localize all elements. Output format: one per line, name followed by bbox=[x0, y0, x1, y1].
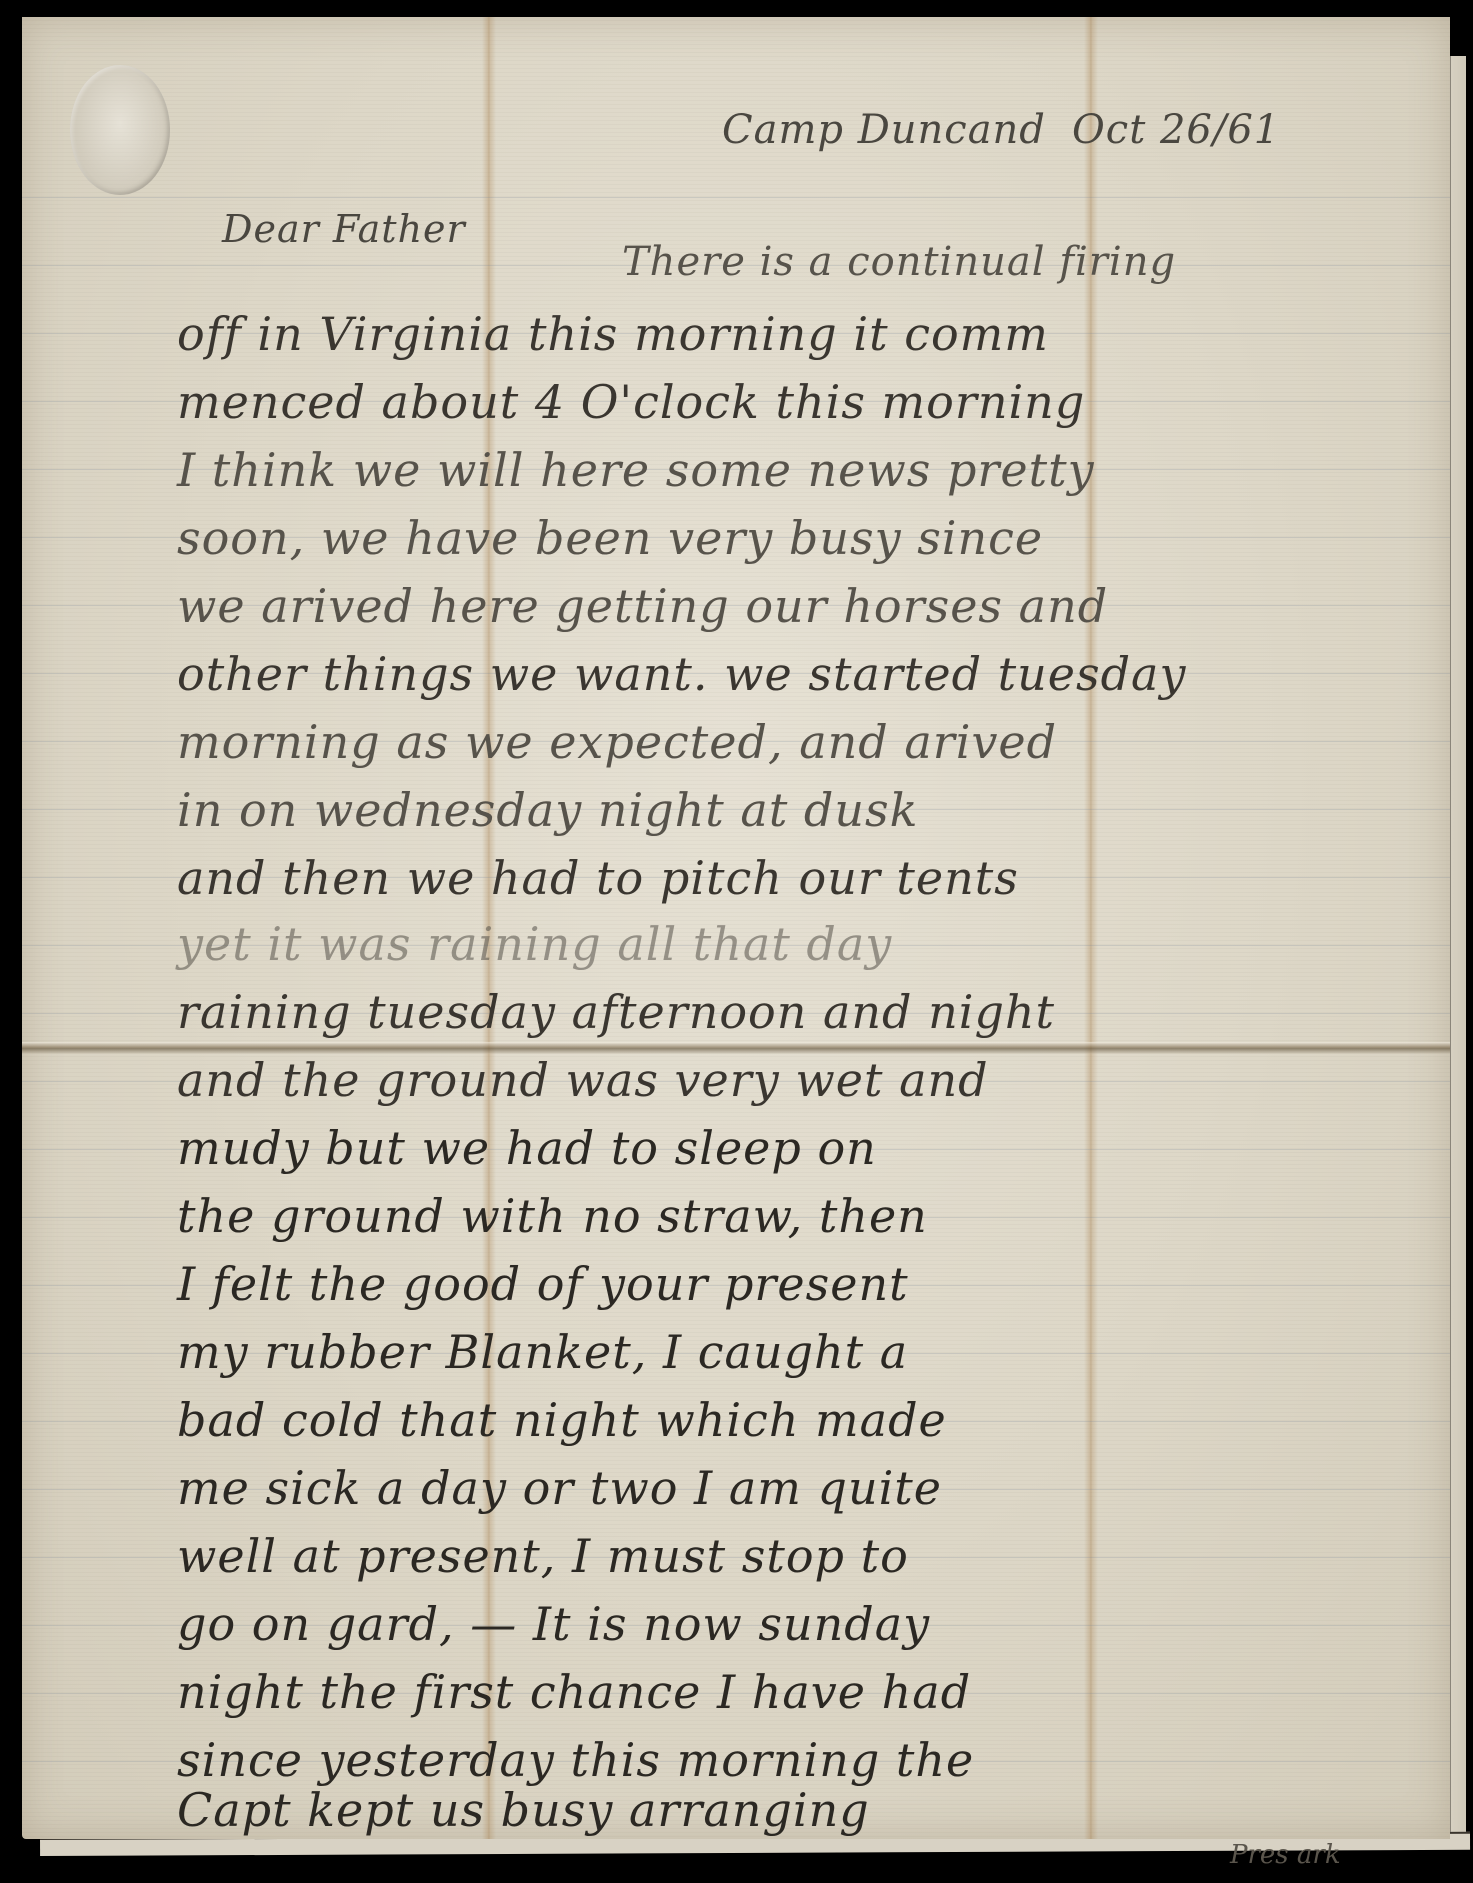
letter-line: and the ground was very wet and bbox=[177, 1053, 989, 1107]
letter-line: I think we will here some news pretty bbox=[177, 443, 1095, 497]
letter-salutation: Dear Father bbox=[222, 207, 466, 251]
letter-line: mudy but we had to sleep on bbox=[177, 1121, 877, 1175]
letter-line: There is a continual firing bbox=[622, 239, 1176, 285]
letter-line: we arived here getting our horses and bbox=[177, 579, 1108, 633]
embossed-seal-icon bbox=[70, 65, 170, 195]
letter-line: since yesterday this morning the bbox=[177, 1733, 974, 1787]
vertical-fold-crease bbox=[1084, 17, 1098, 1839]
letter-line: and then we had to pitch our tents bbox=[177, 851, 1019, 905]
letter-heading-place: Camp Duncand bbox=[722, 107, 1046, 153]
letter-line: well at present, I must stop to bbox=[177, 1529, 909, 1583]
underlying-sheet-edge-right bbox=[1450, 56, 1466, 1836]
letter-line: my rubber Blanket, I caught a bbox=[177, 1325, 908, 1379]
letter-line: raining tuesday afternoon and night bbox=[177, 985, 1055, 1039]
letter-line: the ground with no straw, then bbox=[177, 1189, 928, 1243]
letter-line: Capt kept us busy arranging bbox=[177, 1783, 870, 1837]
letter-line: morning as we expected, and arived bbox=[177, 715, 1057, 769]
letter-line: other things we want. we started tuesday bbox=[177, 647, 1186, 701]
letter-line: off in Virginia this morning it comm bbox=[177, 307, 1049, 361]
letter-page: Camp Duncand Oct 26/61 Dear Father There… bbox=[22, 17, 1450, 1839]
letter-line: yet it was raining all that day bbox=[177, 917, 892, 971]
letter-line: menced about 4 O'clock this morning bbox=[177, 375, 1085, 429]
letter-line: I felt the good of your present bbox=[177, 1257, 909, 1311]
letter-line: go on gard, — It is now sunday bbox=[177, 1597, 930, 1651]
ruled-line bbox=[22, 197, 1450, 198]
letter-heading-date: Oct 26/61 bbox=[1072, 107, 1280, 153]
letter-line: in on wednesday night at dusk bbox=[177, 783, 918, 837]
letter-line: night the first chance I have had bbox=[177, 1665, 971, 1719]
underlying-sheet-text: Pres ark bbox=[1230, 1840, 1341, 1870]
letter-line: me sick a day or two I am quite bbox=[177, 1461, 942, 1515]
letter-line: soon, we have been very busy since bbox=[177, 511, 1043, 565]
letter-line: bad cold that night which made bbox=[177, 1393, 947, 1447]
